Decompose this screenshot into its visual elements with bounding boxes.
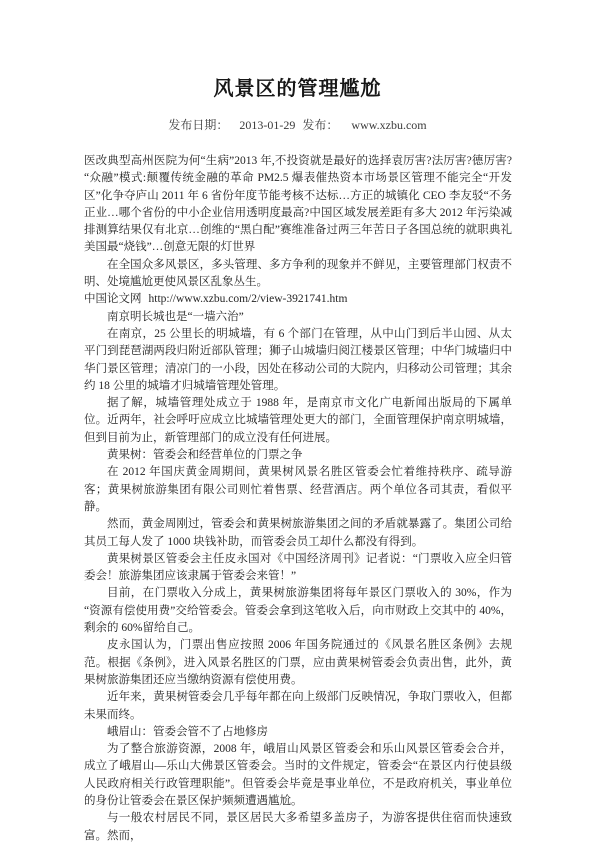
- lead-paragraph: 医改典型高州医院为何“生病”2013 年,不投资就是最好的选择袁厉害?法厉害?德…: [84, 153, 512, 257]
- publish-date-label: 发布日期：: [168, 118, 228, 132]
- section-heading-huangguoshu: 黄果树：管委会和经营单位的门票之争: [84, 447, 512, 464]
- publish-date: 2013-01-29: [239, 118, 295, 132]
- source-line: 中国论文网http://www.xzbu.com/2/view-3921741.…: [84, 291, 512, 308]
- section-heading-nanjing-wall: 南京明长城也是“一墙六治”: [84, 309, 512, 326]
- article-body: 医改典型高州医院为何“生病”2013 年,不投资就是最好的选择袁厉害?法厉害?德…: [84, 153, 512, 842]
- section-paragraph: 近年来，黄果树管委会几乎每年都在向上级部门反映情况，争取门票收入，但都未果而终。: [84, 689, 512, 724]
- section-paragraph: 与一般农村居民不同，景区居民大多希望多盖房子，为游客提供住宿而快速致富。然而，: [84, 810, 512, 842]
- section-paragraph: 黄果树景区管委会主任皮永国对《中国经济周刊》记者说：“门票收入应全归管委会！旅游…: [84, 551, 512, 586]
- article-title: 风景区的管理尴尬: [0, 0, 595, 102]
- section-paragraph: 在南京，25 公里长的明城墙，有 6 个部门在管理，从中山门到后半山园、从太平门…: [84, 326, 512, 395]
- publish-meta: 发布日期：2013-01-29发布：www.xzbu.com: [0, 118, 595, 133]
- section-paragraph: 皮永国认为，门票出售应按照 2006 年国务院通过的《风景名胜区条例》去规范。根…: [84, 637, 512, 689]
- source-url: http://www.xzbu.com/2/view-3921741.htm: [149, 293, 348, 305]
- section-paragraph: 然而，黄金周刚过，管委会和黄果树旅游集团之间的矛盾就暴露了。集团公司给其员工每人…: [84, 516, 512, 551]
- section-heading-emeishan: 峨眉山：管委会管不了占地修房: [84, 724, 512, 741]
- section-paragraph: 目前，在门票收入分成上，黄果树旅游集团将每年景区门票收入的 30%，作为“资源有…: [84, 585, 512, 637]
- publisher-site: www.xzbu.com: [351, 118, 426, 132]
- section-paragraph: 为了整合旅游资源，2008 年，峨眉山风景区管委会和乐山风景区管委会合并，成立了…: [84, 741, 512, 810]
- document-page: 风景区的管理尴尬 发布日期：2013-01-29发布：www.xzbu.com …: [0, 0, 595, 842]
- intro-paragraph: 在全国众多风景区，多头管理、多方争利的现象并不鲜见，主要管理部门权责不明、处境尴…: [84, 257, 512, 292]
- section-paragraph: 在 2012 年国庆黄金周期间，黄果树风景名胜区管委会忙着维持秩序、疏导游客；黄…: [84, 464, 512, 516]
- section-paragraph: 据了解，城墙管理处成立于 1988 年，是南京市文化广电新闻出版局的下属单位。近…: [84, 395, 512, 447]
- source-site-name: 中国论文网: [84, 293, 142, 305]
- publisher-label: 发布：: [302, 118, 338, 132]
